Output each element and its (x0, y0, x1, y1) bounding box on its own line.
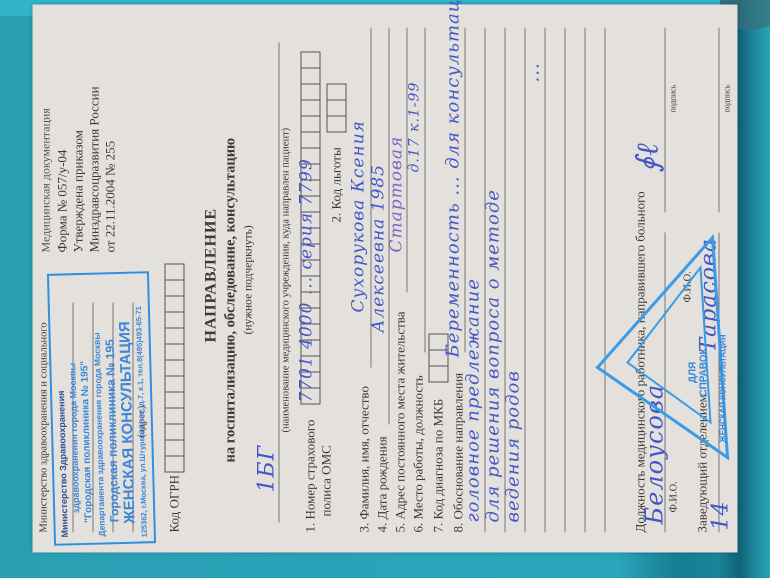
institution-caption: (наименование медицинского учреждения, к… (281, 128, 292, 433)
doctor-fio-label: Ф.И.О. (669, 481, 680, 512)
field-icd-label: 7. Код диагноза по МКБ (431, 399, 447, 533)
justification-line: головное предлежание (463, 278, 484, 522)
field-fio-value: Сухорукова Ксения (349, 120, 369, 312)
referral-form-paper: Медицинская документация Форма № 057/у-0… (33, 5, 738, 553)
field-address-label: 5. Адрес постоянного места жительства (393, 311, 409, 532)
field-address-value: Стартовая (387, 136, 407, 253)
head-signature-label: подпись (723, 85, 732, 113)
institution-line (279, 43, 280, 523)
form-ministry: Минздравсоцразвития России (87, 86, 103, 252)
document-subtitle: на госпитализацию, обследование, консуль… (223, 138, 240, 463)
document-note: (нужное подчеркнуть) (243, 225, 255, 334)
doctor-signature: ∮ℓ (631, 142, 666, 172)
ogrn-label: Код ОГРН (167, 475, 183, 533)
field-line (425, 28, 426, 353)
field-birthdate-value: Алексеевна 1985 (369, 164, 389, 332)
form-meta-line: Медицинская документация (39, 108, 54, 252)
justification-line: ведения родов (503, 370, 524, 522)
justification-line: для решения вопроса о методе (483, 189, 504, 522)
triangle-stamp-bottom: ЖЕНСКАЯ КОНСУЛЬТАЦИЯ (719, 334, 728, 442)
field-benefit-label: 2. Код льготы (329, 147, 345, 222)
field-line (665, 28, 666, 213)
benefit-boxes[interactable] (327, 85, 347, 133)
field-birthdate-label: 4. Дата рождения (375, 436, 391, 532)
triangle-stamp-center: ДЛЯ СПРАВОК (688, 343, 710, 403)
institution-handwritten: 1БГ (255, 445, 280, 493)
field-line (565, 28, 566, 533)
form-order-date: от 22.11.2004 № 255 (103, 141, 119, 253)
field-policy-label-2: полиса ОМС (319, 445, 335, 516)
field-line (585, 28, 586, 533)
date-handwritten: 14 (709, 501, 734, 531)
field-policy-label: 1. Номер страхового (303, 420, 319, 533)
field-line (525, 28, 526, 533)
justification-line: ... (523, 62, 544, 82)
ministry-line: Министерство здравоохранения и социально… (39, 322, 50, 532)
form-approved: Утверждена приказом (71, 130, 87, 252)
justification-line: Беременность ... для консультации (443, 0, 464, 358)
field-fio-label: 3. Фамилия, имя, отчество (357, 386, 373, 532)
doctor-signature-label: подпись (669, 85, 678, 113)
clinic-stamp: Министерство Здравоохранения здравоохран… (47, 271, 156, 546)
field-policy-value: 7701 4000 ... серия 7799 (297, 158, 317, 402)
form-number: Форма № 057/у-04 (55, 150, 71, 253)
field-work-value: д.17 к.1-99 (407, 82, 423, 173)
field-work-label: 6. Место работы, должность (411, 375, 427, 532)
triangle-stamp (593, 233, 733, 463)
document-title: НАПРАВЛЕНИЕ (203, 208, 221, 343)
field-line (545, 28, 546, 533)
field-line (719, 28, 720, 213)
ogrn-boxes[interactable] (165, 265, 185, 473)
